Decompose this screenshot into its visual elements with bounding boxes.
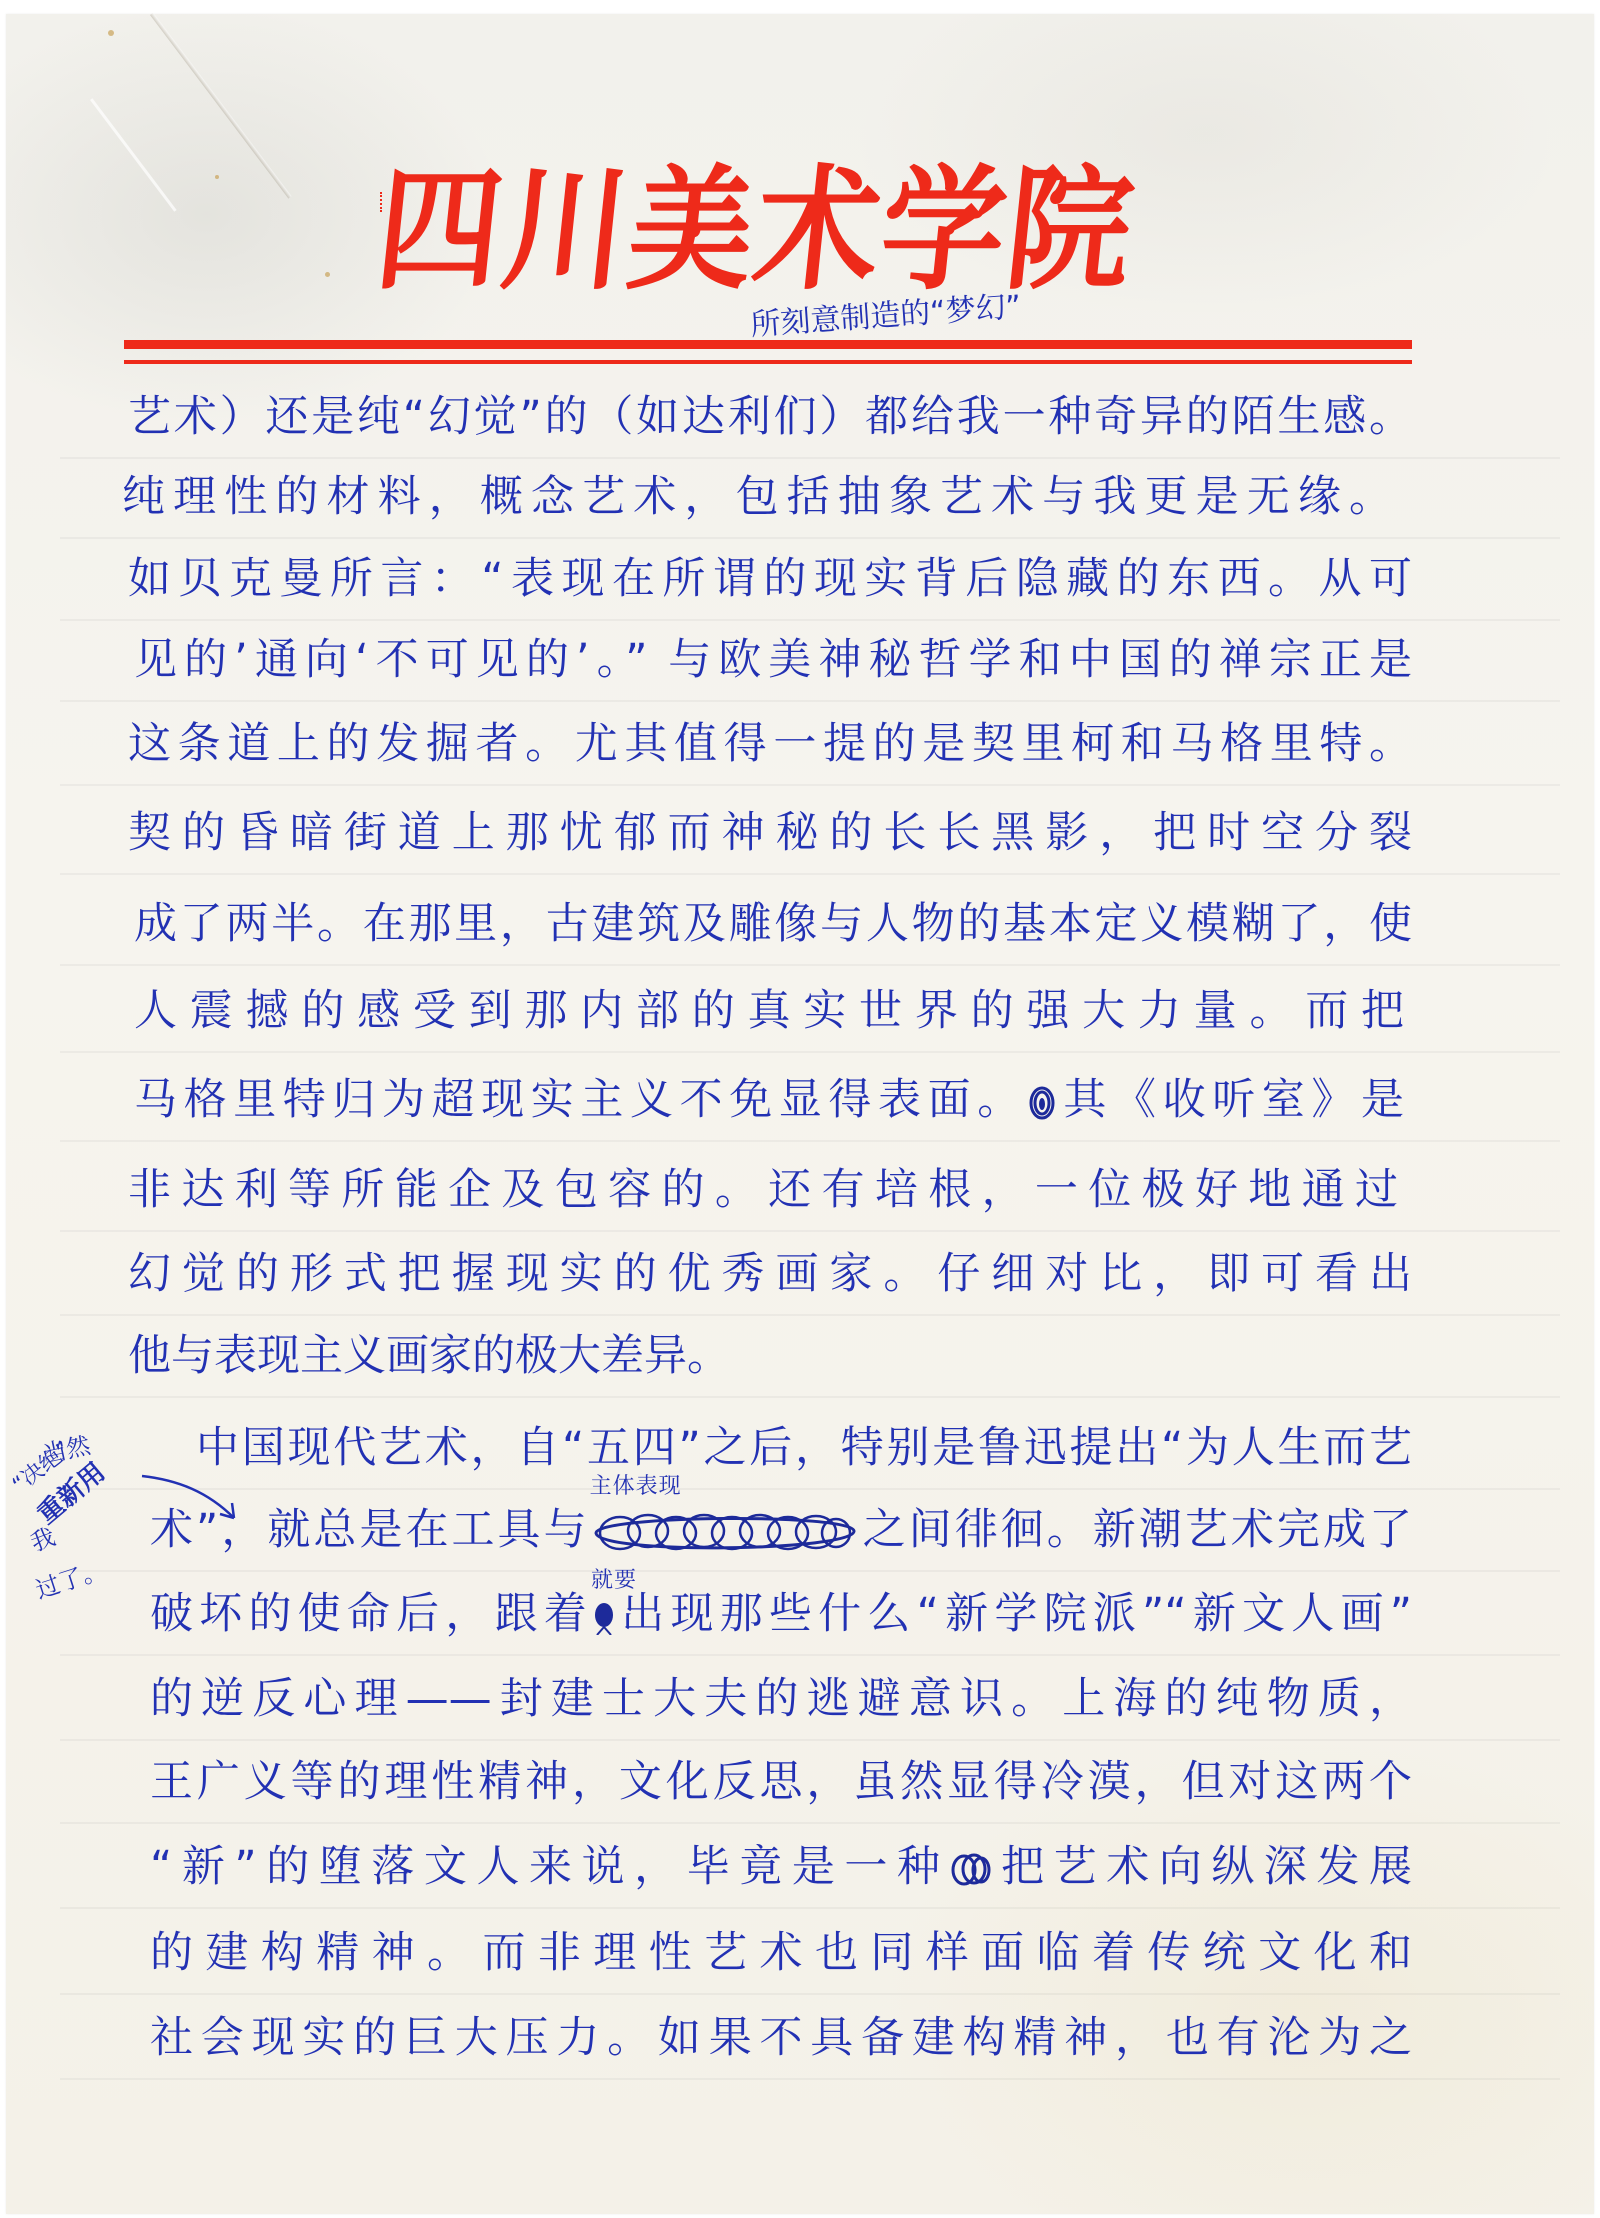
- paper-stain: [108, 30, 114, 36]
- ruled-line: [60, 619, 1560, 621]
- text-line: 王广义等的理性精神，文化反思，虽然显得冷漠，但对这两个: [150, 1754, 1412, 1810]
- text-line: 马格里特归为超现实主义不免显得表面。其《收听室》是: [134, 1072, 1404, 1128]
- text-segment: 出现那些什么“新学院派”“新文人画”: [615, 1589, 1412, 1639]
- text-line: 如贝克曼所言：“表现在所谓的现实背后隐藏的东西。从可: [128, 551, 1412, 607]
- text-line: 的建构精神。而非理性艺术也同样面临着传统文化和: [150, 1925, 1412, 1981]
- scribble-strikeout: 主体表现: [590, 1509, 860, 1557]
- text-line: 幻觉的形式把握现实的优秀画家。仔细对比，即可看出: [128, 1246, 1412, 1302]
- paper-stain: [215, 175, 219, 179]
- ruled-line: [60, 964, 1560, 966]
- margin-note-line: 过了。: [30, 1550, 109, 1606]
- ruled-line: [60, 1739, 1560, 1741]
- text-line: 艺术）还是纯“幻觉”的（如达利们）都给我一种奇异的陌生感。: [128, 389, 1412, 445]
- text-line: 社会现实的巨大压力。如果不具备建构精神，也有沦为之: [150, 2010, 1412, 2066]
- ruled-line: [60, 700, 1560, 702]
- text-line: 术”，就总是在工具与主体表现之间徘徊。新潮艺术完成了: [150, 1502, 1412, 1558]
- scribble-strikeout: 就要: [593, 1599, 615, 1635]
- text-segment: 术”，就总是在工具与: [150, 1505, 590, 1555]
- ruled-line: [60, 784, 1560, 786]
- text-segment: 破坏的使命后，跟着: [150, 1589, 593, 1639]
- text-segment: 马格里特归为超现实主义不免显得表面。: [134, 1075, 1027, 1125]
- letterhead-title: 四川美术学院: [368, 150, 1156, 323]
- text-line: 见的’通向‘不可见的’。” 与欧美神秘哲学和中国的禅宗正是: [134, 632, 1412, 688]
- text-line: 非达利等所能企及包容的。还有培根，一位极好地通过: [128, 1162, 1398, 1218]
- ruled-line: [60, 1140, 1560, 1142]
- ruled-line: [60, 1051, 1560, 1053]
- ruled-line: [60, 457, 1560, 459]
- ruled-line: [60, 1822, 1560, 1824]
- text-line: 人震撼的感受到那内部的真实世界的强大力量。而把: [134, 983, 1404, 1039]
- handwritten-insertion: 就要: [591, 1569, 637, 1593]
- scribble-strikeout: [950, 1852, 992, 1888]
- text-line: 契的昏暗街道上那忧郁而神秘的长长黑影，把时空分裂: [128, 805, 1412, 861]
- ruled-line: [60, 537, 1560, 539]
- ruled-line: [60, 1230, 1560, 1232]
- letterhead-rule-thin: [124, 360, 1412, 364]
- text-line: 的逆反心理——封建士大夫的逃避意识。上海的纯物质，: [150, 1671, 1412, 1727]
- ruled-line: [60, 2078, 1560, 2080]
- text-line: 纯理性的材料，概念艺术，包括抽象艺术与我更是无缘。: [122, 469, 1392, 525]
- text-line: 成了两半。在那里，古建筑及雕像与人物的基本定义模糊了，使: [134, 896, 1412, 952]
- ruled-line: [60, 1314, 1560, 1316]
- text-segment: 之间徘徊。新潮艺术完成了: [860, 1505, 1412, 1555]
- ruled-line: [60, 1488, 1560, 1490]
- text-segment: “新”的堕落文人来说，毕竟是一种: [150, 1842, 950, 1892]
- ruled-line: [60, 1396, 1560, 1398]
- ruled-line: [60, 1993, 1560, 1995]
- text-line: 中国现代艺术，自“五四”之后，特别是鲁迅提出“为人生而艺: [196, 1420, 1412, 1476]
- text-segment: 其《收听室》是: [1057, 1075, 1404, 1125]
- ruled-line: [60, 1654, 1560, 1656]
- ruled-line: [60, 873, 1560, 875]
- text-line: “新”的堕落文人来说，毕竟是一种把艺术向纵深发展: [150, 1839, 1412, 1895]
- text-line: 这条道上的发掘者。尤其值得一提的是契里柯和马格里特。: [128, 716, 1412, 772]
- paper-stain: [325, 272, 330, 277]
- margin-note: 当然 “决绝” 我 重新用 过了。: [24, 1420, 154, 1640]
- text-line: 破坏的使命后，跟着就要出现那些什么“新学院派”“新文人画”: [150, 1586, 1412, 1642]
- ruled-line: [60, 1570, 1560, 1572]
- handwritten-insertion: 主体表现: [590, 1475, 682, 1499]
- ruled-line: [60, 1907, 1560, 1909]
- scribble-strikeout: [1027, 1083, 1057, 1123]
- text-line: 他与表现主义画家的极大差异。: [128, 1328, 828, 1384]
- text-segment: 把艺术向纵深发展: [992, 1842, 1412, 1892]
